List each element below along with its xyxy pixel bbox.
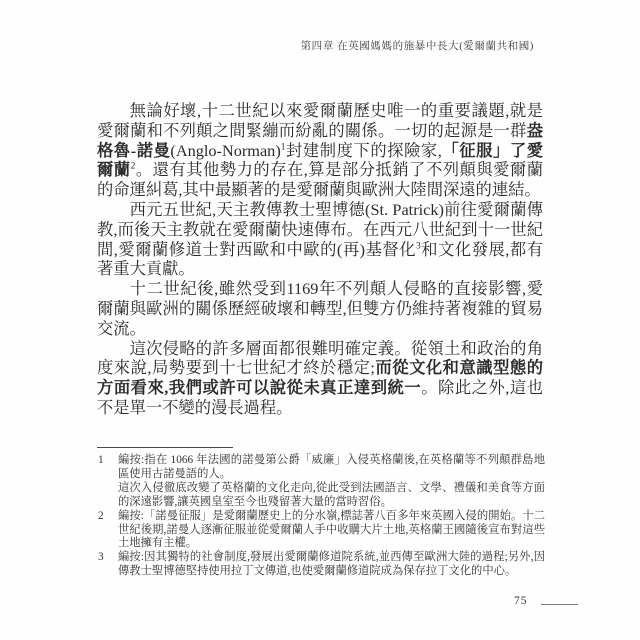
footnote-item: 2編按:「諾曼征服」是愛爾蘭歷史上的分水嶺,標誌著八百多年來英國入侵的開始。十二… <box>98 510 545 552</box>
body-text: 無論好壞,十二世紀以來愛爾蘭歷史唯一的重要議題,就是愛爾蘭和不列顛之間緊繃而紛亂… <box>97 101 543 418</box>
body-text-segment: 十二世紀後,雖然受到1169年不列顛人侵略的直接影響,愛爾蘭與歐洲的關係歷經破壞… <box>97 279 543 338</box>
footnote-paragraph: 編按:「諾曼征服」是愛爾蘭歷史上的分水嶺,標誌著八百多年來英國入侵的開始。十二世… <box>118 510 545 552</box>
page-number-rule <box>541 604 578 605</box>
footnote-separator <box>97 447 233 448</box>
footnote-number: 1 <box>98 454 118 510</box>
footnote-text: 編按:「諾曼征服」是愛爾蘭歷史上的分水嶺,標誌著八百多年來英國入侵的開始。十二世… <box>118 510 545 552</box>
body-paragraph: 十二世紀後,雖然受到1169年不列顛人侵略的直接影響,愛爾蘭與歐洲的關係歷經破壞… <box>97 279 543 338</box>
footnote-text: 編按:指在 1066 年法國的諾曼第公爵「威廉」入侵英格蘭後,在英格蘭等不列顛群… <box>118 454 545 510</box>
body-text-segment: 。還有其他勢力的存在,算是部分抵銷了不列顛與愛爾蘭的命運糾葛,其中最顯著的是愛爾… <box>97 160 543 199</box>
footnote-number: 2 <box>98 510 118 552</box>
footnotes: 1編按:指在 1066 年法國的諾曼第公爵「威廉」入侵英格蘭後,在英格蘭等不列顛… <box>98 454 545 579</box>
body-paragraph: 無論好壞,十二世紀以來愛爾蘭歷史唯一的重要議題,就是愛爾蘭和不列顛之間緊繃而紛亂… <box>97 101 543 200</box>
body-text-segment: 封建制度下的探險家, <box>286 141 442 160</box>
footnote-text: 編按:因其獨特的社會制度,發展出愛爾蘭修道院系統,並西傳至歐洲大陸的過程;另外,… <box>118 551 545 579</box>
page-number: 75 <box>514 595 528 607</box>
footnote-paragraph: 編按:指在 1066 年法國的諾曼第公爵「威廉」入侵英格蘭後,在英格蘭等不列顛群… <box>118 454 545 482</box>
body-text-segment: (Anglo-Norman) <box>170 141 280 160</box>
body-paragraph: 這次侵略的許多層面都很難明確定義。從領土和政治的角度來說,局勢要到十七世紀才終於… <box>97 339 543 418</box>
body-text-segment: 無論好壞,十二世紀以來愛爾蘭歷史唯一的重要議題,就是愛爾蘭和不列顛之間緊繃而紛亂… <box>97 101 543 140</box>
book-page: 第四章 在英國媽媽的施暴中長大(愛爾蘭共和國) 無論好壞,十二世紀以來愛爾蘭歷史… <box>0 0 640 640</box>
footnote-item: 1編按:指在 1066 年法國的諾曼第公爵「威廉」入侵英格蘭後,在英格蘭等不列顛… <box>98 454 545 510</box>
footnote-number: 3 <box>98 551 118 579</box>
footnote-paragraph: 這次入侵徹底改變了英格蘭的文化走向,從此受到法國語言、文學、禮儀和美食等方面的深… <box>118 482 545 510</box>
running-header: 第四章 在英國媽媽的施暴中長大(愛爾蘭共和國) <box>0 38 534 53</box>
footnote-item: 3編按:因其獨特的社會制度,發展出愛爾蘭修道院系統,並西傳至歐洲大陸的過程;另外… <box>98 551 545 579</box>
body-paragraph: 西元五世紀,天主教傳教士聖博德(St. Patrick)前往愛爾蘭傳教,而後天主… <box>97 200 543 279</box>
footnote-paragraph: 編按:因其獨特的社會制度,發展出愛爾蘭修道院系統,並西傳至歐洲大陸的過程;另外,… <box>118 551 545 579</box>
